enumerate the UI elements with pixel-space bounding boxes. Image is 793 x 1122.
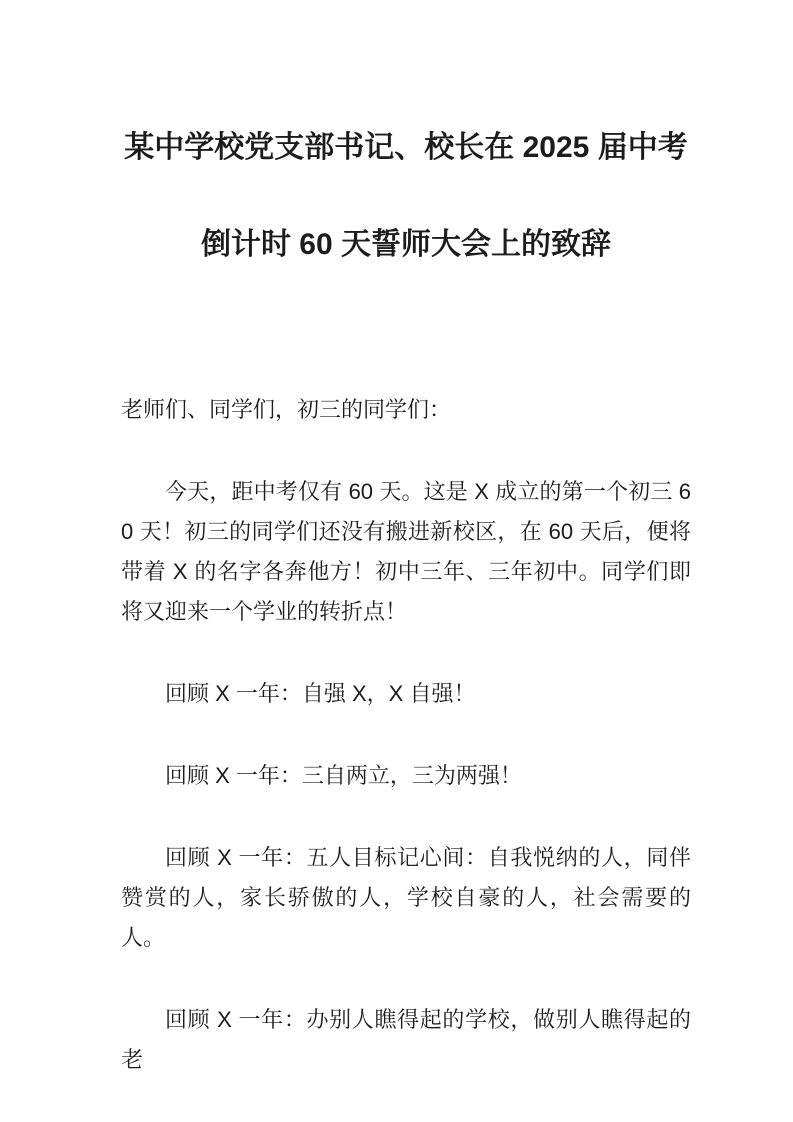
document-title: 某中学校党支部书记、校长在 2025 届中考 倒计时 60 天誓师大会上的致辞 <box>121 99 691 293</box>
body-paragraph-review-1: 回顾 X 一年：自强 X，X 自强！ <box>121 674 691 714</box>
title-line-1: 某中学校党支部书记、校长在 2025 届中考 <box>121 99 691 196</box>
body-paragraph-review-4-truncated: 回顾 X 一年：办别人瞧得起的学校，做别人瞧得起的老 <box>121 1000 691 1080</box>
body-paragraph-review-3: 回顾 X 一年：五人目标记心间：自我悦纳的人，同伴赞赏的人，家长骄傲的人，学校自… <box>121 838 691 958</box>
salutation-paragraph: 老师们、同学们，初三的同学们： <box>121 390 691 430</box>
body-paragraph-countdown: 今天，距中考仅有 60 天。这是 X 成立的第一个初三 60 天！初三的同学们还… <box>121 472 691 632</box>
title-line-2: 倒计时 60 天誓师大会上的致辞 <box>121 196 691 293</box>
document-page: 某中学校党支部书记、校长在 2025 届中考 倒计时 60 天誓师大会上的致辞 … <box>0 0 793 1122</box>
body-paragraph-review-2: 回顾 X 一年：三自两立，三为两强！ <box>121 756 691 796</box>
